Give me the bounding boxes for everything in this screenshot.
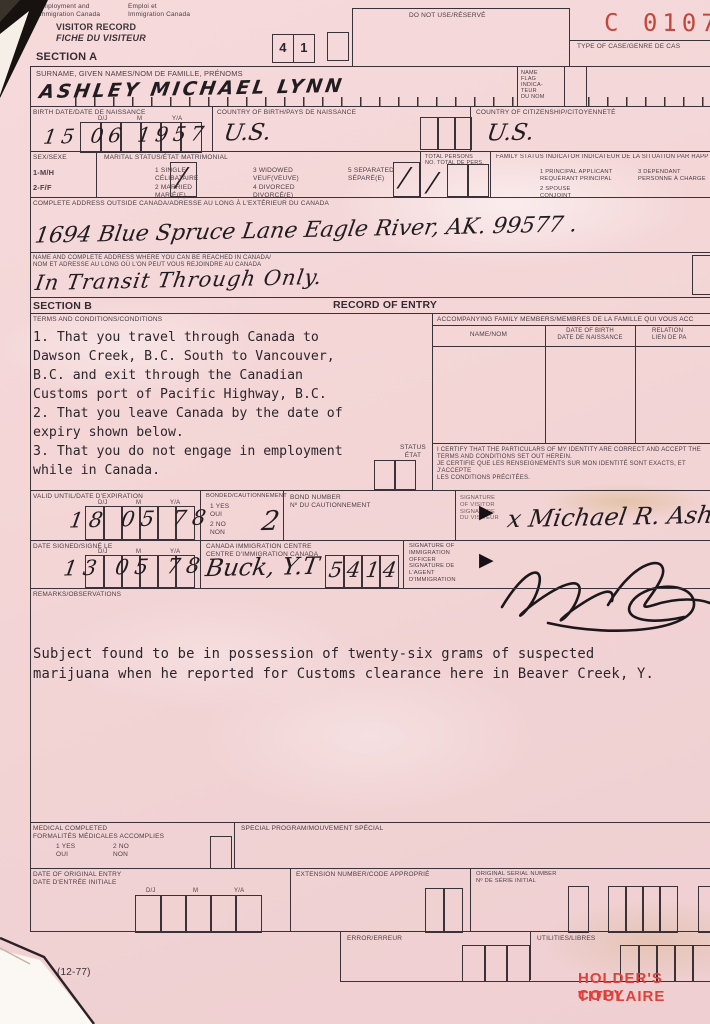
bonded-value: 2 bbox=[260, 506, 282, 537]
code-box: 1 bbox=[361, 555, 381, 588]
do-not-use-box: DO NOT USE/RÉSERVÉ bbox=[352, 8, 570, 67]
officer-signature bbox=[488, 545, 710, 645]
code-box bbox=[462, 945, 486, 982]
status-box bbox=[394, 460, 416, 490]
dog-ear-fold bbox=[0, 0, 110, 110]
remarks-text: Subject found to be in possession of twe… bbox=[33, 645, 654, 684]
country-of-birth-label: COUNTRY OF BIRTH/PAYS DE NAISSANCE bbox=[217, 109, 356, 117]
date-box bbox=[160, 895, 187, 933]
type-of-case-label: TYPE OF CASE/GENRE DE CAS bbox=[577, 43, 680, 51]
bonded-yes-option: 1 YES OUI bbox=[210, 503, 229, 518]
code-box bbox=[447, 164, 469, 197]
code-box: 5 bbox=[325, 555, 345, 588]
medical-yes-option: 1 YES OUI bbox=[56, 843, 75, 858]
date-box bbox=[235, 895, 262, 933]
marital-option-married: 2 MARRIED MARIÉ(E) bbox=[155, 184, 192, 199]
family-members-header: ACCOMPANYING FAMILY MEMBERS/MEMBRES DE L… bbox=[437, 316, 708, 324]
code-box bbox=[568, 886, 589, 933]
medical-no-option: 2 NO NON bbox=[113, 843, 129, 858]
family-option-dependant: 3 DEPENDANT PERSONNE À CHARGE bbox=[638, 169, 706, 183]
valid-until-label: VALID UNTIL/DATE D'EXPIRATION bbox=[33, 493, 143, 501]
name-flag-label: NAME FLAG INDICA- TEUR DU NOM bbox=[521, 70, 545, 100]
code-box bbox=[698, 886, 710, 933]
status-label: STATUS ÉTAT bbox=[396, 444, 430, 459]
family-option-spouse: 2 SPOUSE CONJOINT bbox=[540, 186, 571, 200]
total-persons-value: / bbox=[426, 168, 439, 198]
code-box bbox=[692, 255, 710, 295]
bonded-no-option: 2 NO NON bbox=[210, 521, 226, 536]
code-box bbox=[443, 888, 463, 933]
family-option-principal: 1 PRINCIPAL APPLICANT REQUÉRANT PRINCIPA… bbox=[540, 169, 613, 183]
serial-number-label: ORIGINAL SERIAL NUMBER Nº DE SÉRIE INITI… bbox=[476, 871, 557, 885]
date-box bbox=[185, 895, 212, 933]
bonded-label: BONDED/CAUTIONNEMENT bbox=[206, 493, 287, 500]
marital-option-widowed: 3 WIDOWED VEUF(VEUVE) bbox=[253, 167, 299, 182]
family-col-relationship: RELATION LIEN DE PA bbox=[652, 328, 710, 342]
code-box bbox=[506, 945, 530, 982]
arrow-marker-icon: ▶ bbox=[479, 503, 494, 522]
address-label: COMPLETE ADDRESS OUTSIDE CANADA/ADRESSE … bbox=[33, 200, 329, 208]
family-col-dob: DATE OF BIRTH DATE DE NAISSANCE bbox=[547, 328, 633, 342]
citizenship-value: U.S. bbox=[485, 120, 536, 147]
marital-status-label: MARITAL STATUS/ÉTAT MATRIMONIAL bbox=[104, 154, 228, 162]
reach-address-value: In Transit Through Only. bbox=[34, 265, 325, 295]
date-box bbox=[210, 895, 237, 933]
status-box bbox=[374, 460, 396, 490]
special-program-label: SPECIAL PROGRAM/MOUVEMENT SPÉCIAL bbox=[241, 825, 383, 833]
date-signed-value: 13 05 78 bbox=[62, 554, 208, 581]
family-status-label: FAMILY STATUS INDICATOR INDICATEUR DE LA… bbox=[496, 154, 708, 161]
medical-answer-box bbox=[210, 836, 232, 869]
error-label: ERROR/ERREUR bbox=[347, 935, 402, 943]
utilities-label: UTILITIES/LIBRES bbox=[537, 935, 595, 943]
case-number-stamp: C 0107 C bbox=[604, 9, 710, 38]
date-box bbox=[135, 895, 162, 933]
sex-option-male: 1-M/H bbox=[33, 169, 54, 178]
valid-until-value: 18 05 78 bbox=[68, 506, 214, 533]
country-of-birth-value: U.S. bbox=[222, 120, 273, 147]
code-box: 1 bbox=[293, 34, 315, 63]
titulaire-label: TITULAIRE bbox=[578, 988, 665, 1005]
cic-value: Buck, Y.T bbox=[204, 552, 321, 582]
visitor-record-form: Employment and Immigration Canada Emploi… bbox=[0, 0, 710, 1024]
section-b-title: SECTION B bbox=[33, 300, 92, 312]
code-box bbox=[327, 32, 349, 61]
remarks-label: REMARKS/OBSERVATIONS bbox=[33, 591, 121, 599]
extension-number-label: EXTENSION NUMBER/CODE APPROPRIÉ bbox=[296, 871, 430, 879]
original-entry-label: DATE OF ORIGINAL ENTRY DATE D'ENTRÉE INI… bbox=[33, 871, 121, 886]
marital-option-single: 1 SINGLE CÉLIBATAIRE bbox=[155, 167, 199, 182]
certify-statement: I CERTIFY THAT THE PARTICULARS OF MY IDE… bbox=[437, 447, 709, 482]
bond-number-label: BOND NUMBER Nº DU CAUTIONNEMENT bbox=[290, 494, 371, 509]
code-box bbox=[454, 117, 472, 150]
sex-option-female: 2-F/F bbox=[33, 184, 52, 193]
do-not-use-label: DO NOT USE/RÉSERVÉ bbox=[409, 12, 486, 20]
code-box: 4 bbox=[272, 34, 294, 63]
code-box: 4 bbox=[343, 555, 363, 588]
torn-corner bbox=[0, 930, 110, 1024]
birth-date-value: 15 06 1957 bbox=[42, 121, 211, 148]
terms-label: TERMS AND CONDITIONS/CONDITIONS bbox=[33, 316, 162, 324]
terms-text: 1. That you travel through Canada to Daw… bbox=[33, 328, 343, 480]
citizenship-label: COUNTRY OF CITIZENSHIP/CITOYENNETÉ bbox=[476, 109, 616, 117]
code-box bbox=[484, 945, 508, 982]
address-value: 1694 Blue Spruce Lane Eagle River, AK. 9… bbox=[33, 212, 579, 248]
sex-label: SEX/SEXE bbox=[33, 154, 67, 162]
family-col-name: NAME/NOM bbox=[432, 331, 545, 339]
marital-option-separated: 5 SEPARATED SÉPARÉ(E) bbox=[348, 167, 394, 182]
medical-label: MEDICAL COMPLETED FORMALITÉS MÉDICALES A… bbox=[33, 825, 164, 840]
officer-signature-label: SIGNATURE OF IMMIGRATION OFFICER SIGNATU… bbox=[409, 543, 456, 584]
marital-option-divorced: 4 DIVORCED DIVORCÉ(E) bbox=[253, 184, 295, 199]
record-of-entry-title: RECORD OF ENTRY bbox=[333, 299, 437, 311]
code-box: 4 bbox=[379, 555, 399, 588]
code-box bbox=[425, 888, 445, 933]
dept-name-fr: Emploi et Immigration Canada bbox=[128, 3, 190, 18]
code-box bbox=[467, 164, 489, 197]
code-box bbox=[659, 886, 678, 933]
visitor-signature-value: x Michael R. Ash bbox=[505, 501, 710, 533]
